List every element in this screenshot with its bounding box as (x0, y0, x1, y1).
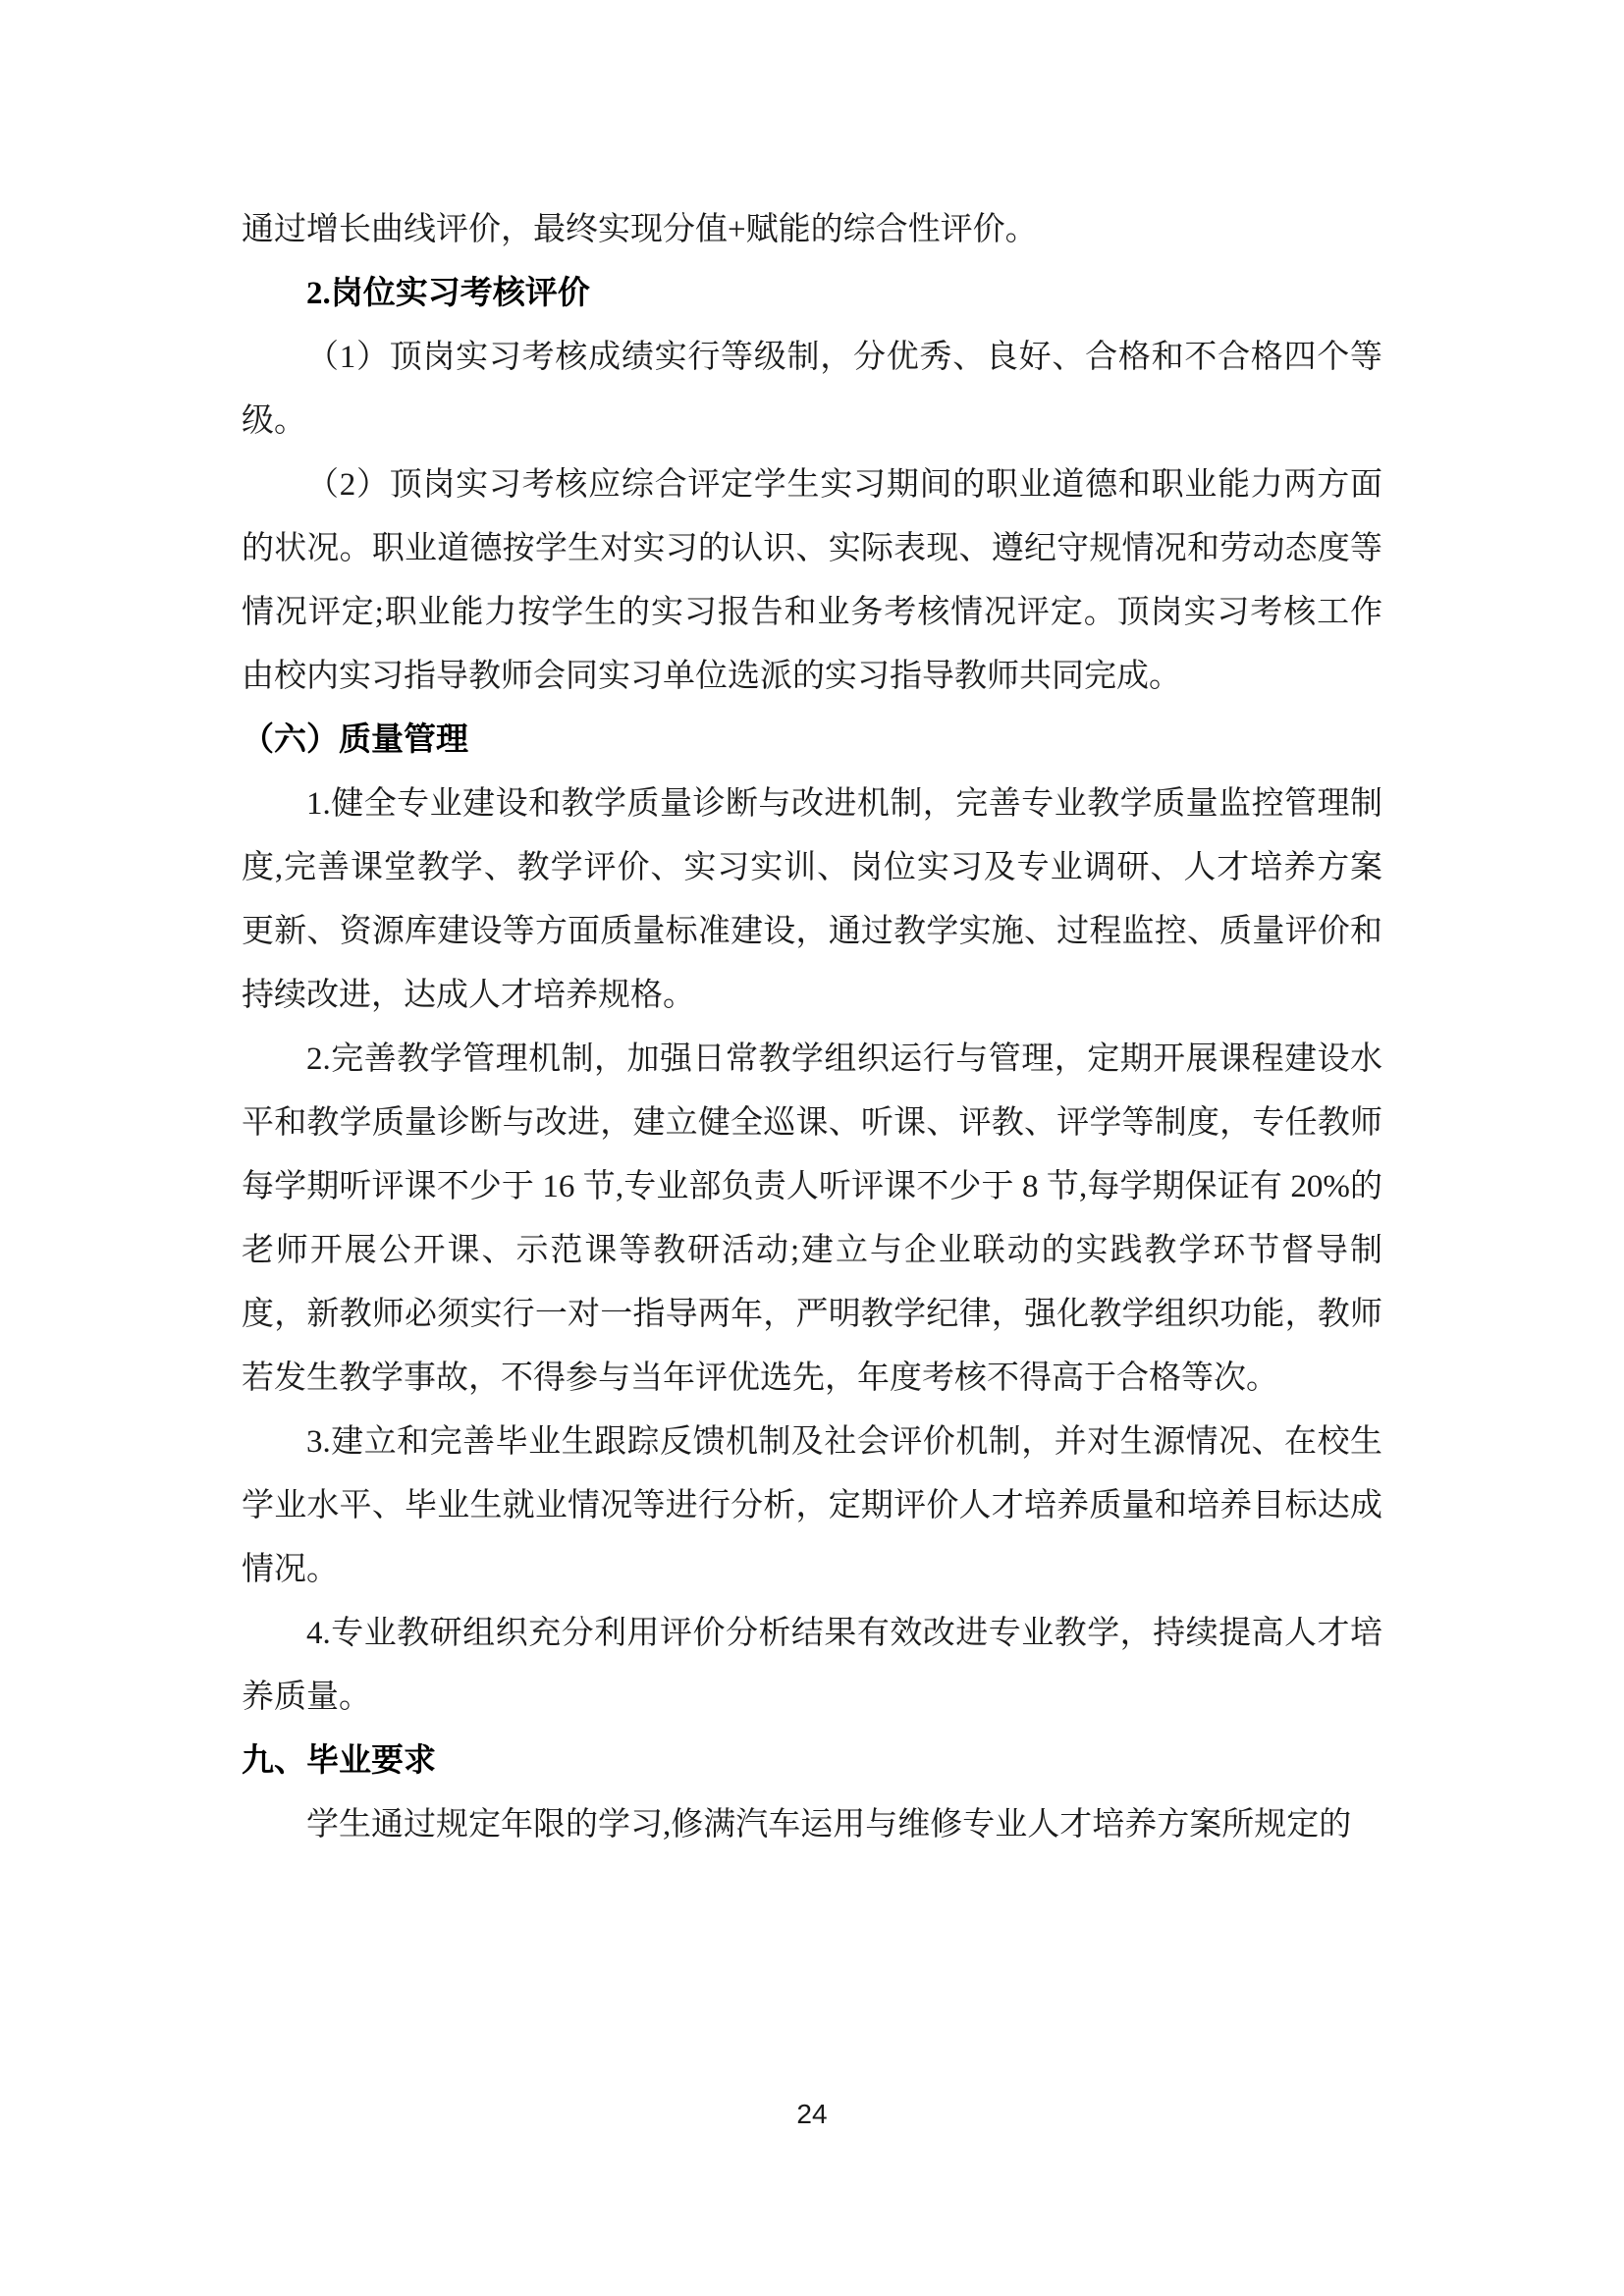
para-teaching-management: 2.完善教学管理机制，加强日常教学组织运行与管理，定期开展课程建设水平和教学质量… (242, 1028, 1382, 1411)
para-graduation-credits: 学生通过规定年限的学习,修满汽车运用与维修专业人才培养方案所规定的 (242, 1793, 1382, 1857)
para-internship-assessment-detail: （2）顶岗实习考核应综合评定学生实习期间的职业道德和职业能力两方面的状况。职业道… (242, 454, 1382, 709)
para-evaluation-summary: 通过增长曲线评价，最终实现分值+赋能的综合性评价。 (242, 198, 1382, 262)
heading-graduation-requirements: 九、毕业要求 (242, 1730, 1382, 1793)
page-number: 24 (0, 2097, 1624, 2132)
document-page: 通过增长曲线评价，最终实现分值+赋能的综合性评价。 2.岗位实习考核评价 （1）… (0, 0, 1624, 2296)
para-quality-mechanism: 1.健全专业建设和教学质量诊断与改进机制，完善专业教学质量监控管理制度,完善课堂… (242, 773, 1382, 1028)
document-body: 通过增长曲线评价，最终实现分值+赋能的综合性评价。 2.岗位实习考核评价 （1）… (242, 198, 1382, 1857)
para-teaching-research: 4.专业教研组织充分利用评价分析结果有效改进专业教学，持续提高人才培养质量。 (242, 1602, 1382, 1730)
para-internship-grading: （1）顶岗实习考核成绩实行等级制，分优秀、良好、合格和不合格四个等级。 (242, 326, 1382, 454)
heading-internship-assessment: 2.岗位实习考核评价 (242, 262, 1382, 326)
para-graduate-feedback: 3.建立和完善毕业生跟踪反馈机制及社会评价机制，并对生源情况、在校生学业水平、毕… (242, 1411, 1382, 1602)
heading-quality-management: （六）质量管理 (242, 709, 1382, 773)
